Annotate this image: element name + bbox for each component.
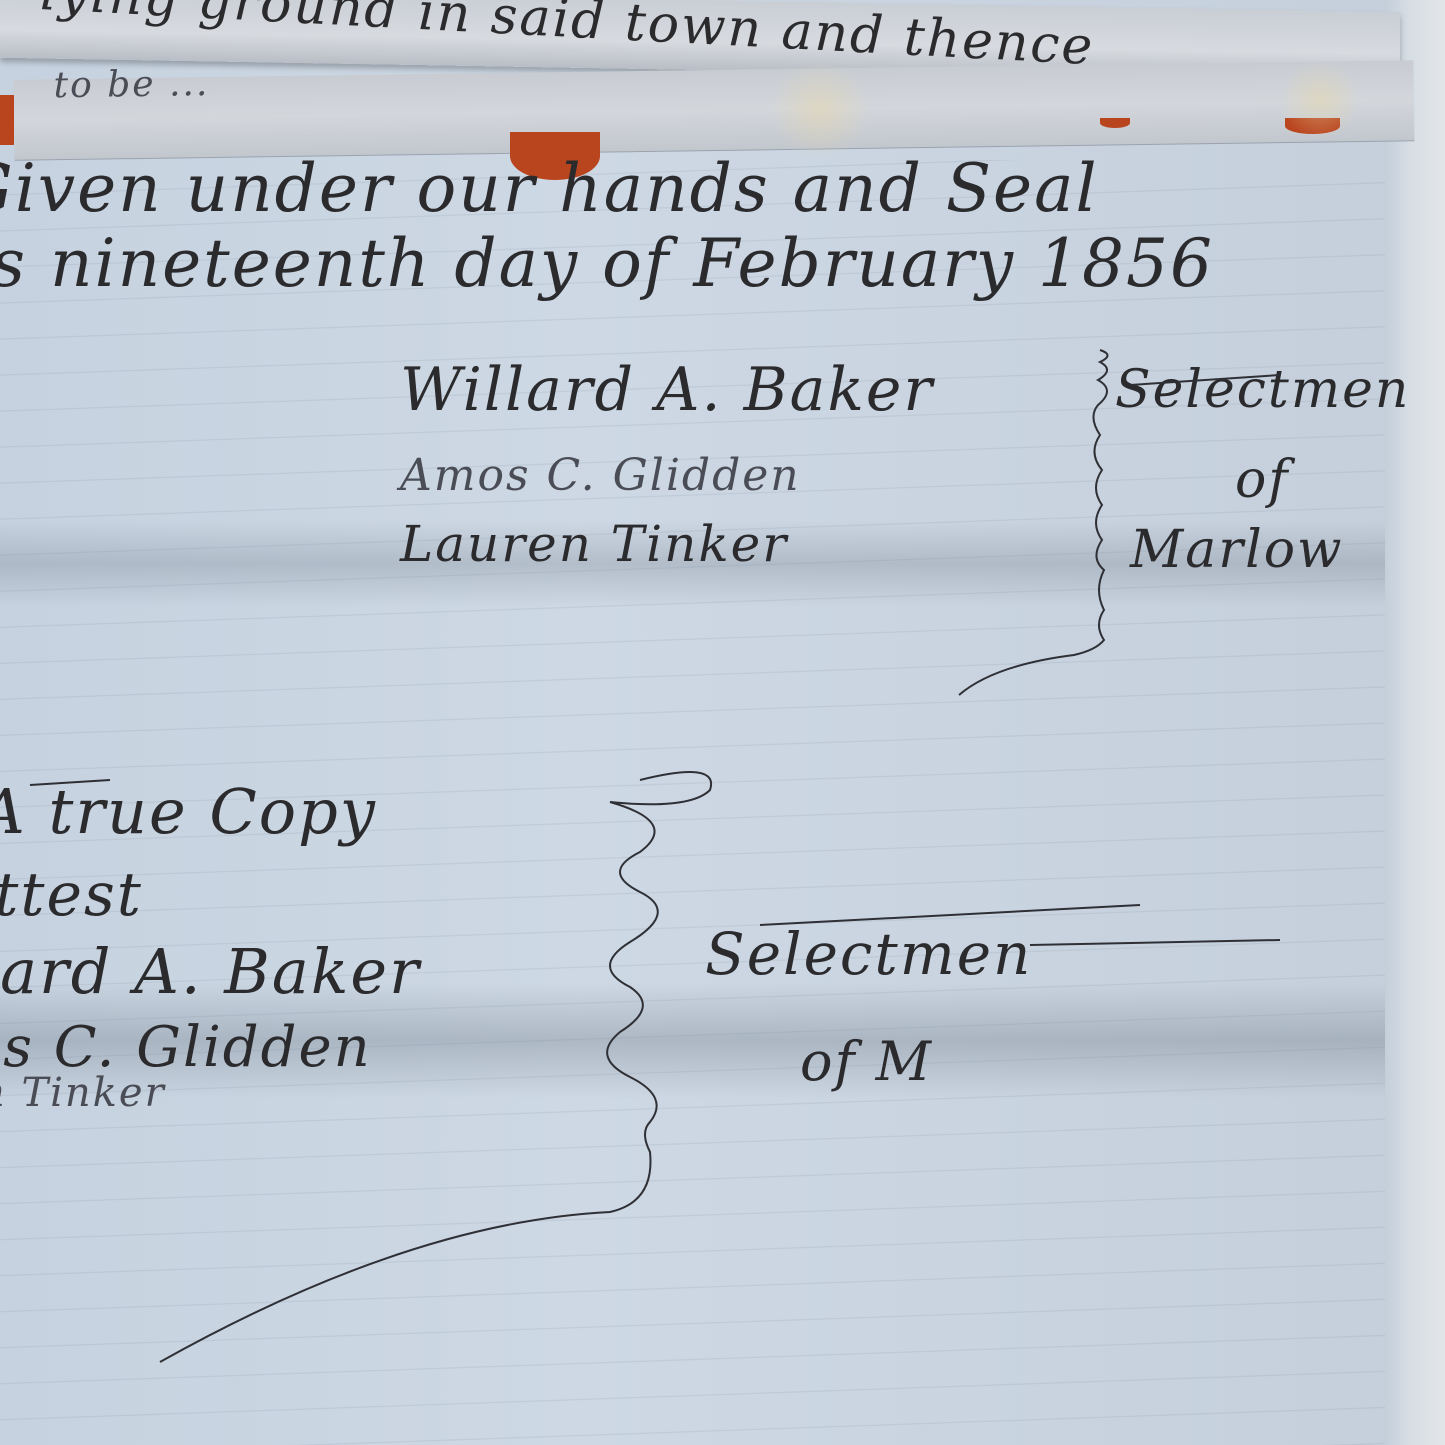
signatory-2: Amos C. Glidden <box>400 450 801 501</box>
attestation-signatory-1: Willard A. Baker <box>0 935 421 1008</box>
title-town: Marlow <box>1130 520 1344 580</box>
attestation-title-selectmen: Selectmen <box>705 920 1032 988</box>
closing-line1: Given under our hands and Seal <box>0 150 1099 227</box>
closing-line2: this nineteenth day of February 1856 <box>0 225 1214 302</box>
signatory-1: Willard A. Baker <box>400 355 934 425</box>
paper-stain <box>1280 60 1360 140</box>
attestation-attest: Attest <box>0 860 143 930</box>
attestation-signatory-3: Lauren Tinker <box>0 1070 166 1116</box>
header-fragment-line2: to be ... <box>53 63 209 106</box>
paper-stain <box>770 60 870 160</box>
signatory-3: Lauren Tinker <box>400 515 788 573</box>
attestation-true-copy: A true Copy <box>0 775 377 848</box>
title-selectmen: Selectmen <box>1115 360 1410 420</box>
paper-edge <box>1385 0 1445 1445</box>
wax-seal <box>1100 118 1130 128</box>
wax-seal <box>0 95 14 145</box>
title-of: of <box>1235 450 1290 510</box>
attestation-title-of: of M <box>800 1030 933 1093</box>
